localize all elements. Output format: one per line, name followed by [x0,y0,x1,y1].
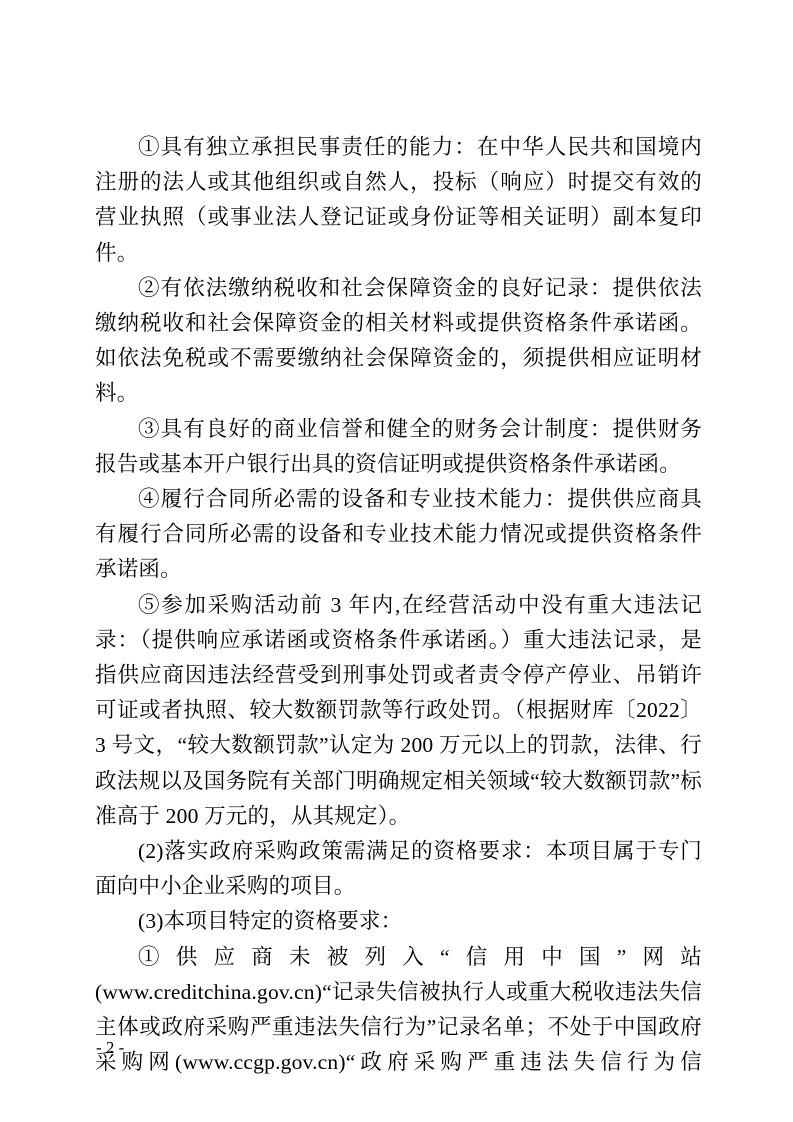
document-body: ①具有独立承担民事责任的能力：在中华人民共和国境内注册的法人或其他组织或自然人，… [95,130,702,1080]
paragraph-specific-requirement-heading: (3)本项目特定的资格要求： [95,904,702,939]
paragraph-qualification-tax-social-security: ②有依法缴纳税收和社会保障资金的良好记录：提供依法缴纳税收和社会保障资金的相关材… [95,271,702,412]
page-number: - 2 - [96,1036,124,1060]
document-page: ①具有独立承担民事责任的能力：在中华人民共和国境内注册的法人或其他组织或自然人，… [0,0,793,1122]
paragraph-credit-china-requirement: ①供应商未被列入“信用中国”网站(www.creditchina.gov.cn)… [95,940,702,1081]
paragraph-qualification-equipment-capability: ④履行合同所必需的设备和专业技术能力：提供供应商具有履行合同所必需的设备和专业技… [95,482,702,588]
paragraph-qualification-business-reputation: ③具有良好的商业信誉和健全的财务会计制度：提供财务报告或基本开户银行出具的资信证… [95,412,702,482]
paragraph-qualification-civil-liability: ①具有独立承担民事责任的能力：在中华人民共和国境内注册的法人或其他组织或自然人，… [95,130,702,271]
paragraph-policy-requirement: (2)落实政府采购政策需满足的资格要求：本项目属于专门面向中小企业采购的项目。 [95,834,702,904]
paragraph-qualification-no-major-violations: ⑤参加采购活动前 3 年内,在经营活动中没有重大违法记录：（提供响应承诺函或资格… [95,588,702,834]
